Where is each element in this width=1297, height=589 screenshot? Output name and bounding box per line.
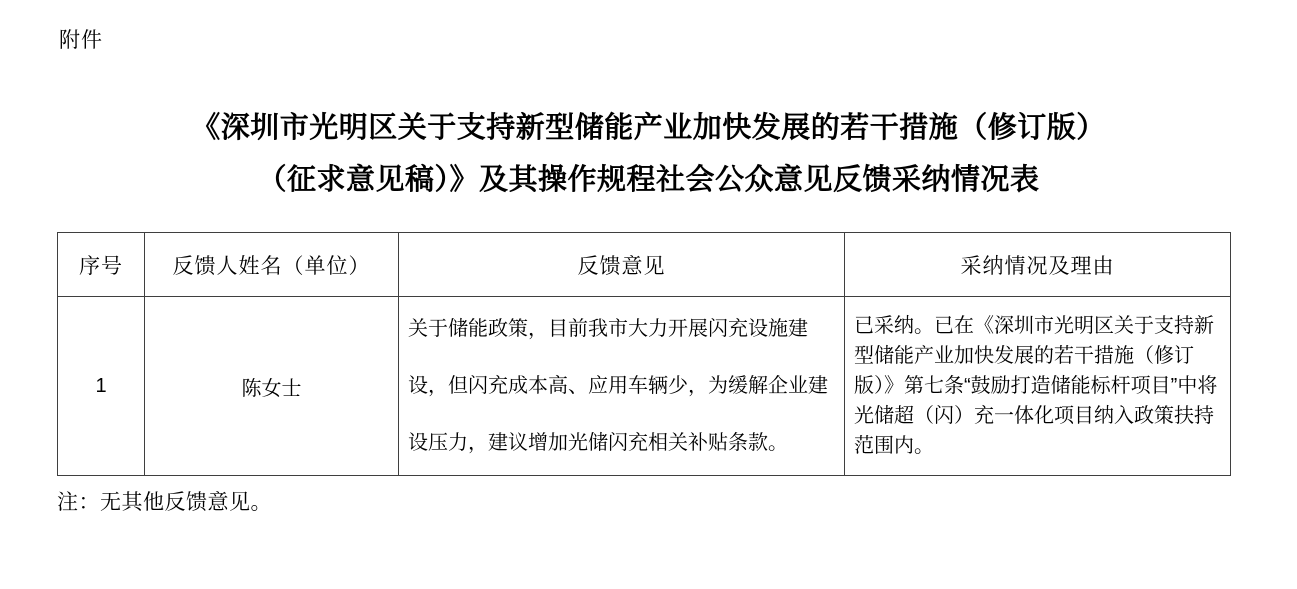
cell-adoption: 已采纳。已在《深圳市光明区关于支持新型储能产业加快发展的若干措施（修订版）》第七… bbox=[845, 297, 1231, 476]
document-title: 《深圳市光明区关于支持新型储能产业加快发展的若干措施（修订版） （征求意见稿）》… bbox=[0, 102, 1297, 206]
table-row: 1 陈女士 关于储能政策，目前我市大力开展闪充设施建设，但闪充成本高、应用车辆少… bbox=[58, 297, 1231, 476]
cell-index: 1 bbox=[58, 297, 145, 476]
cell-feedback: 关于储能政策，目前我市大力开展闪充设施建设，但闪充成本高、应用车辆少，为缓解企业… bbox=[399, 297, 845, 476]
table-header-row: 序号 反馈人姓名（单位） 反馈意见 采纳情况及理由 bbox=[58, 233, 1231, 297]
document-page: 附件 《深圳市光明区关于支持新型储能产业加快发展的若干措施（修订版） （征求意见… bbox=[0, 0, 1297, 589]
attachment-label: 附件 bbox=[59, 24, 103, 54]
feedback-table: 序号 反馈人姓名（单位） 反馈意见 采纳情况及理由 1 陈女士 关于储能政策，目… bbox=[57, 232, 1231, 476]
col-header-name: 反馈人姓名（单位） bbox=[145, 233, 399, 297]
cell-name: 陈女士 bbox=[145, 297, 399, 476]
note-text: 注：无其他反馈意见。 bbox=[57, 486, 272, 516]
title-line-1: 《深圳市光明区关于支持新型储能产业加快发展的若干措施（修订版） bbox=[0, 102, 1297, 154]
col-header-index: 序号 bbox=[58, 233, 145, 297]
title-line-2: （征求意见稿）》及其操作规程社会公众意见反馈采纳情况表 bbox=[0, 154, 1297, 206]
col-header-feedback: 反馈意见 bbox=[399, 233, 845, 297]
col-header-adoption: 采纳情况及理由 bbox=[845, 233, 1231, 297]
